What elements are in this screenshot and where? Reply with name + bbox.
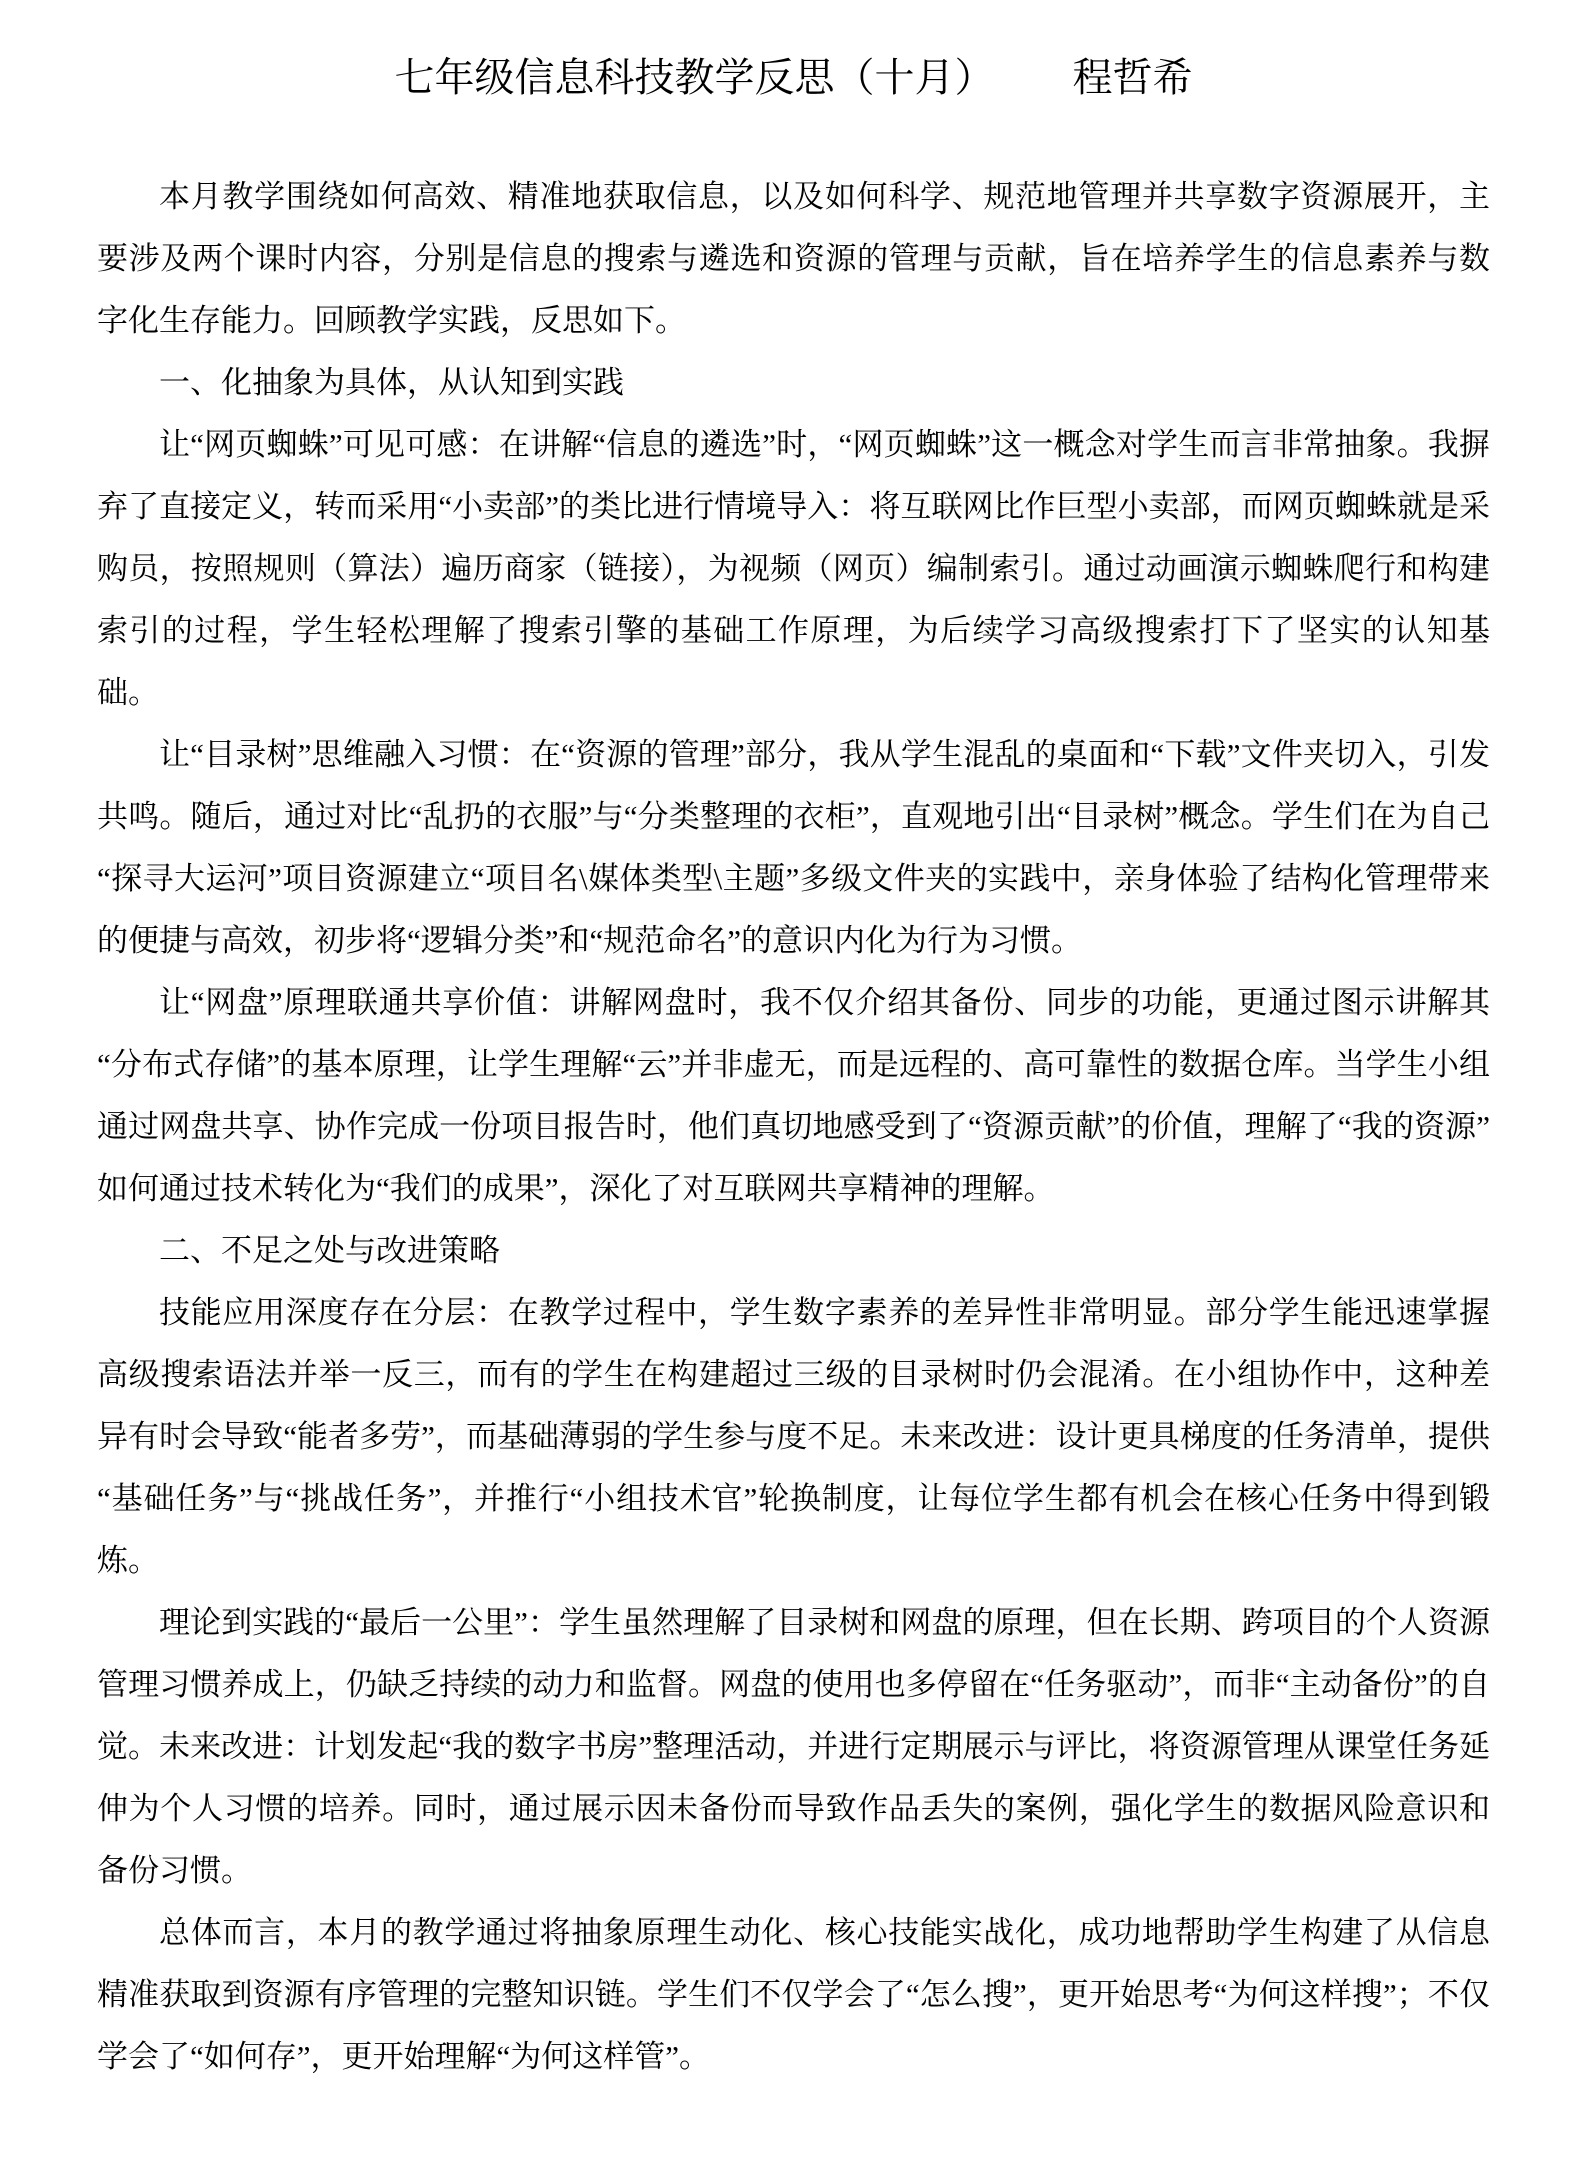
document-title: 七年级信息科技教学反思（十月）	[395, 56, 995, 100]
paragraph-web-spider: 让“网页蜘蛛”可见可感：在讲解“信息的遴选”时，“网页蜘蛛”这一概念对学生而言非…	[97, 414, 1490, 724]
paragraph-cloud-drive: 让“网盘”原理联通共享价值：讲解网盘时，我不仅介绍其备份、同步的功能，更通过图示…	[97, 972, 1490, 1220]
paragraph-skill-gap: 技能应用深度存在分层：在教学过程中，学生数字素养的差异性非常明显。部分学生能迅速…	[97, 1282, 1490, 1592]
section-heading-1: 一、化抽象为具体，从认知到实践	[97, 352, 1490, 414]
author-name: 程哲希	[1073, 54, 1193, 102]
document-body: 本月教学围绕如何高效、精准地获取信息，以及如何科学、规范地管理并共享数字资源展开…	[97, 166, 1490, 2088]
section-heading-2: 二、不足之处与改进策略	[97, 1220, 1490, 1282]
paragraph-directory-tree: 让“目录树”思维融入习惯：在“资源的管理”部分，我从学生混乱的桌面和“下载”文件…	[97, 724, 1490, 972]
document-page: 七年级信息科技教学反思（十月）程哲希 本月教学围绕如何高效、精准地获取信息，以及…	[0, 0, 1587, 2176]
paragraph-summary: 总体而言，本月的教学通过将抽象原理生动化、核心技能实战化，成功地帮助学生构建了从…	[97, 1902, 1490, 2088]
document-title-line: 七年级信息科技教学反思（十月）程哲希	[97, 54, 1490, 102]
paragraph-last-mile: 理论到实践的“最后一公里”：学生虽然理解了目录树和网盘的原理，但在长期、跨项目的…	[97, 1592, 1490, 1902]
paragraph-overview: 本月教学围绕如何高效、精准地获取信息，以及如何科学、规范地管理并共享数字资源展开…	[97, 166, 1490, 352]
